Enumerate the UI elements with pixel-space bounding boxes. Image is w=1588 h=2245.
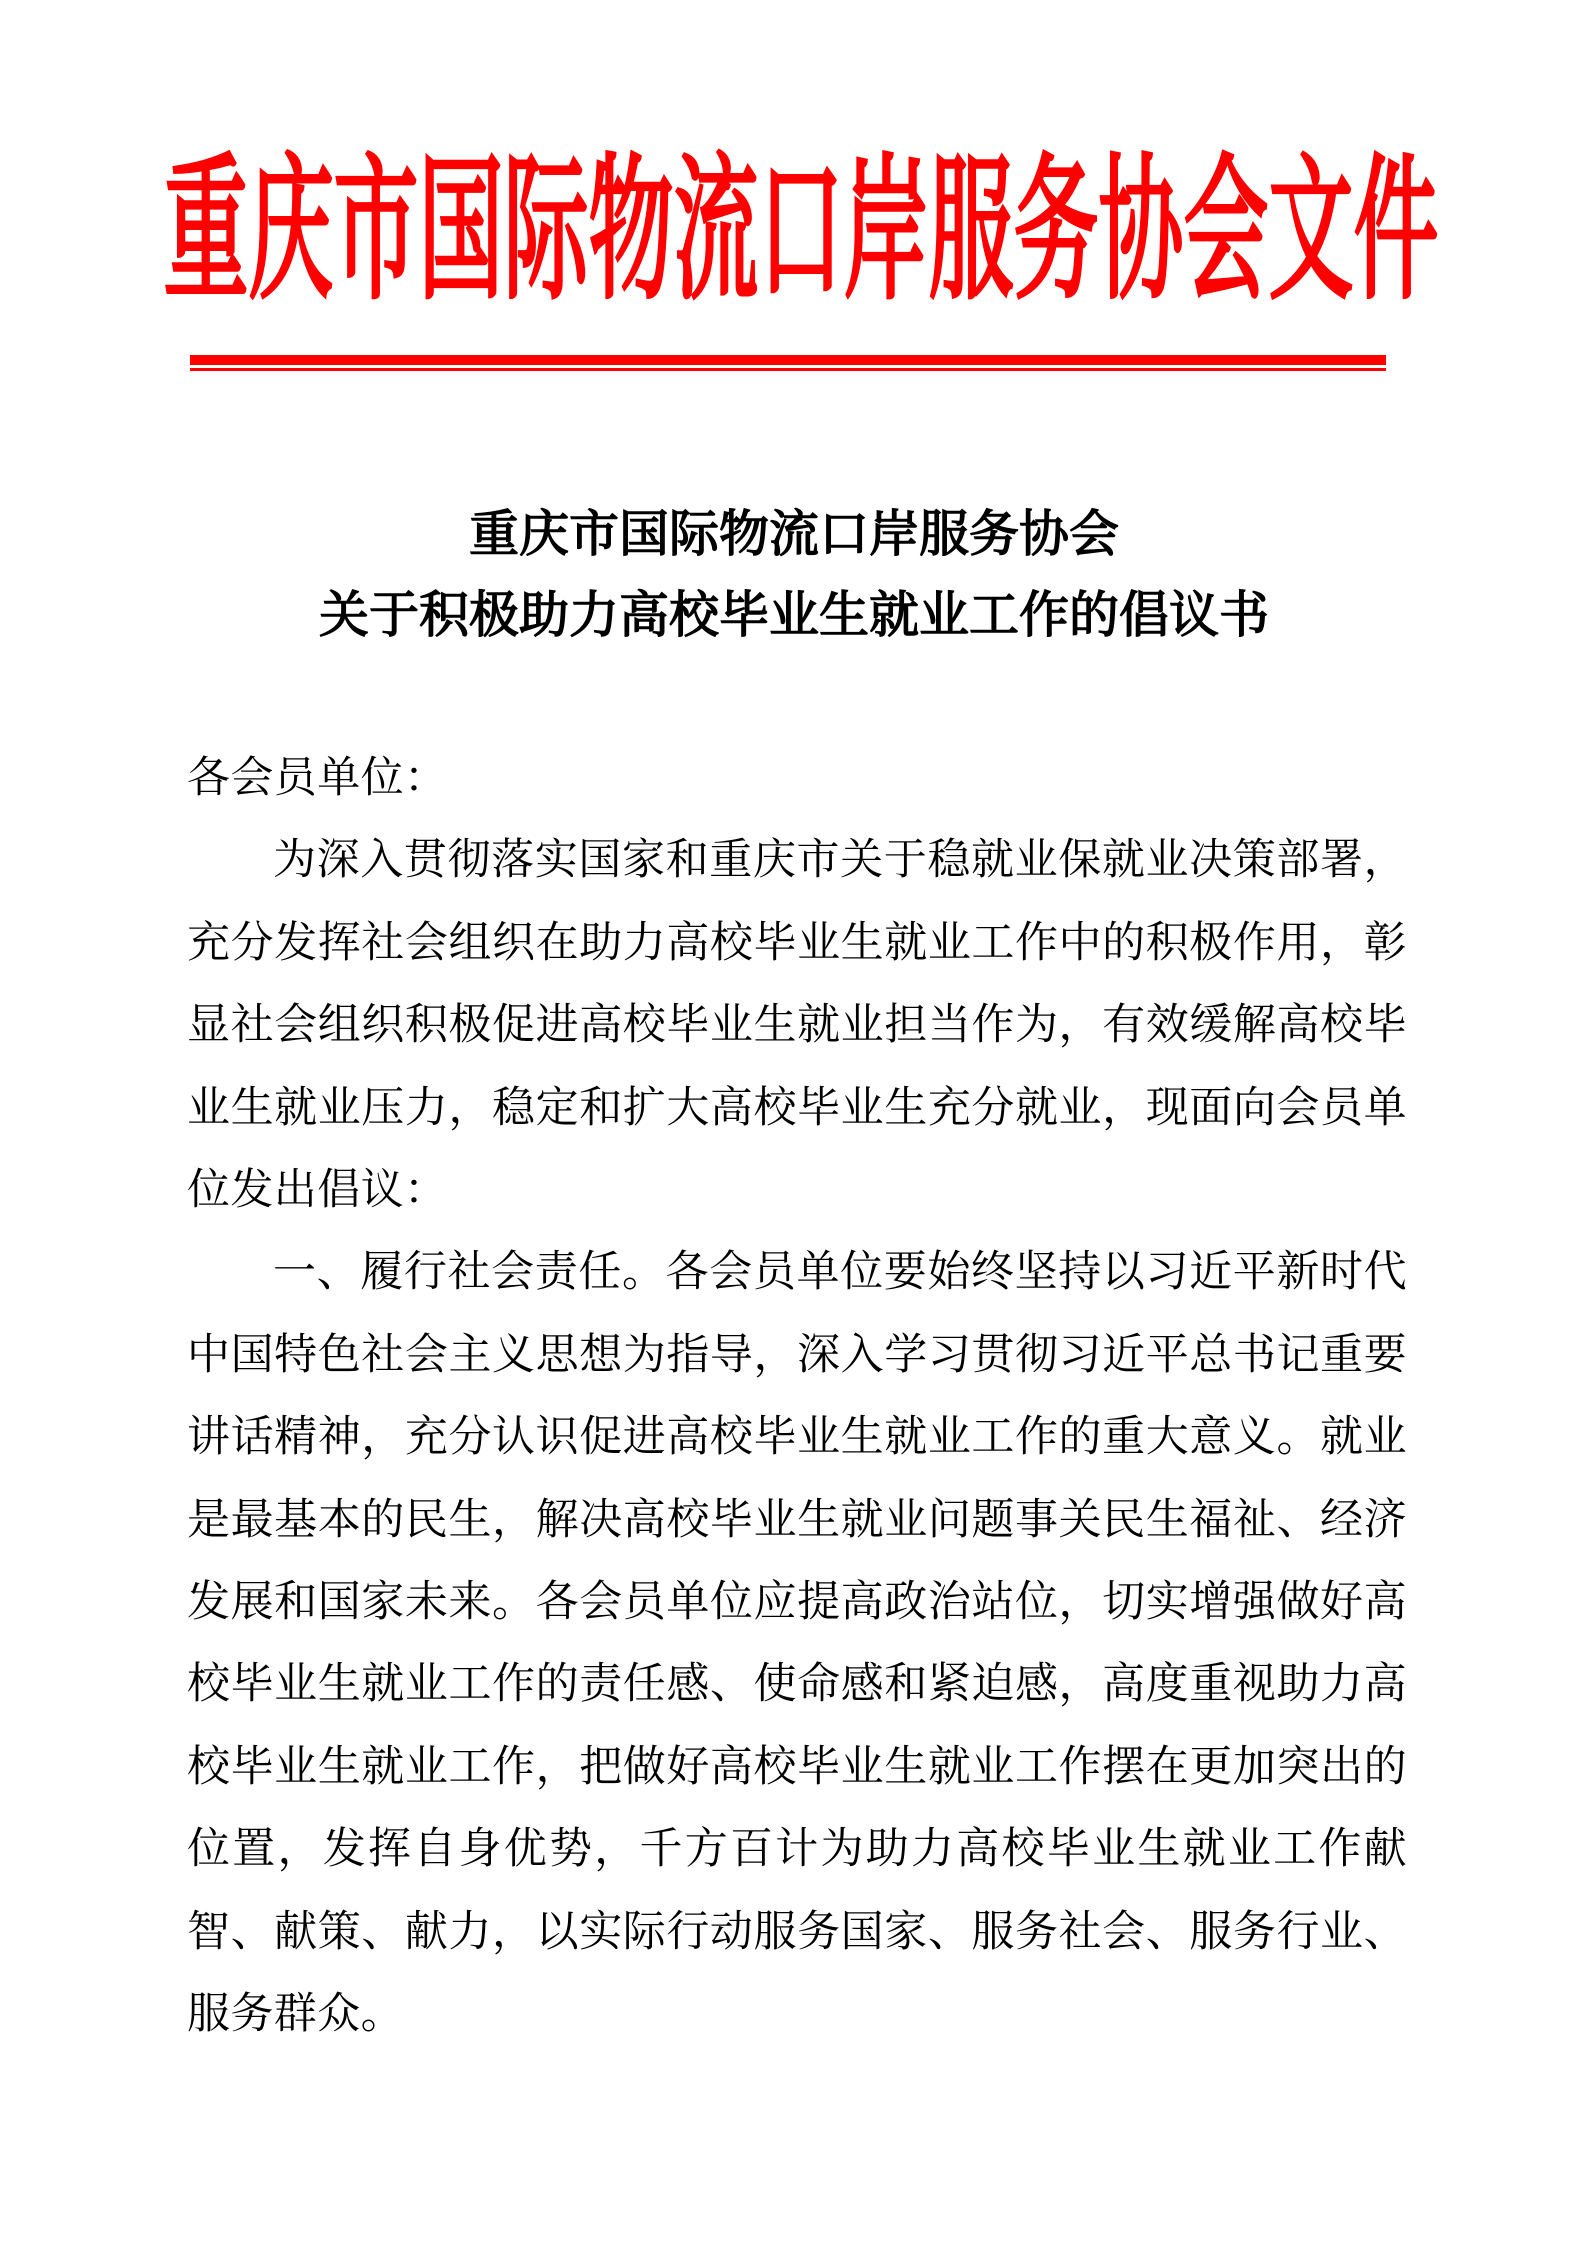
document-title-org: 重庆市国际物流口岸服务协会 (0, 494, 1588, 575)
document-page: 重庆市国际物流口岸服务协会文件 重庆市国际物流口岸服务协会 关于积极助力高校毕业… (0, 0, 1588, 2245)
document-title: 重庆市国际物流口岸服务协会 关于积极助力高校毕业生就业工作的倡议书 (0, 494, 1588, 656)
letterhead-banner: 重庆市国际物流口岸服务协会文件 (0, 155, 1588, 240)
body-paragraph-2: 一、履行社会责任。各会员单位要始终坚持以习近平新时代中国特色社会主义思想为指导，… (187, 1232, 1407, 2056)
divider-thick-bar (190, 355, 1386, 365)
document-title-subject: 关于积极助力高校毕业生就业工作的倡议书 (0, 575, 1588, 656)
letterhead-title: 重庆市国际物流口岸服务协会文件 (163, 155, 1438, 312)
body-paragraph-1: 为深入贯彻落实国家和重庆市关于稳就业保就业决策部署，充分发挥社会组织在助力高校毕… (187, 820, 1407, 1232)
divider-thin-bar (190, 368, 1386, 371)
document-body: 各会员单位： 为深入贯彻落实国家和重庆市关于稳就业保就业决策部署，充分发挥社会组… (187, 738, 1407, 2057)
red-divider-rule (190, 355, 1386, 371)
salutation: 各会员单位： (187, 738, 1407, 820)
